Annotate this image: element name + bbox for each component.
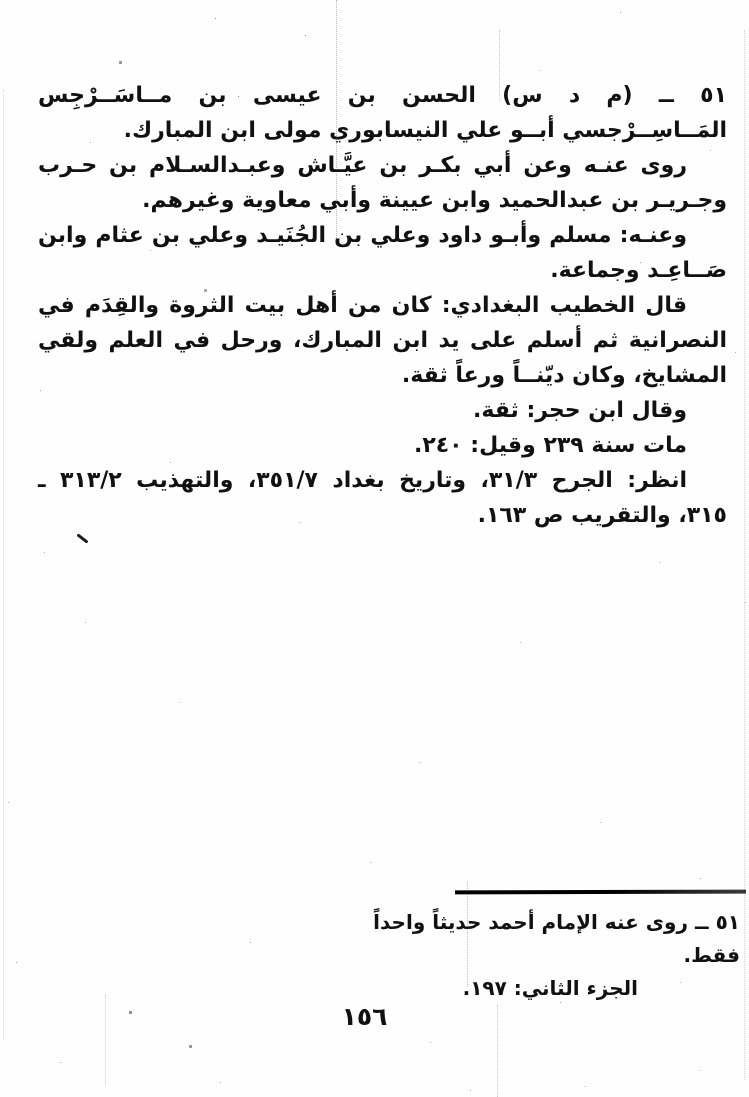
scan-artifact-line — [467, 882, 468, 987]
scan-noise-speckles — [0, 0, 1, 1]
footnote-block: ٥١ ــ روى عنه الإمام أحمد حديثاً واحداً … — [330, 906, 740, 1005]
narrated-by-paragraph: وعنـه: مسلم وأبـو داود وعلي بن الجُنَيـد… — [38, 218, 727, 288]
scanned-book-page: ٥١ ــ (م د س) الحسن بن عيسى بن مــاسَــر… — [0, 0, 749, 1097]
references-paragraph: انظر: الجرح ٣١/٣، وتاريخ بغداد ٣٥١/٧، وا… — [38, 463, 727, 533]
scan-artifact-line — [336, 0, 337, 238]
scan-artifact-line — [744, 30, 745, 1080]
scan-artifact-line — [497, 1005, 498, 1097]
scan-artifact-line — [499, 30, 500, 100]
entry-text-block: ٥١ ــ (م د س) الحسن بن عيسى بن مــاسَــر… — [38, 78, 727, 533]
footnote-text-line: ٥١ ــ روى عنه الإمام أحمد حديثاً واحداً … — [330, 906, 740, 972]
entry-heading: ٥١ ــ (م د س) الحسن بن عيسى بن مــاسَــر… — [38, 78, 727, 148]
narrated-from-paragraph: روى عنـه وعن أبي بكـر بن عيَّـاش وعبـدال… — [38, 148, 727, 218]
footnote-separator-rule — [455, 890, 746, 895]
page-number: ١٥٦ — [0, 1002, 729, 1031]
scan-artifact-line — [105, 995, 106, 1085]
ibn-hajar-quote-paragraph: وقال ابن حجر: ثقة. — [38, 393, 727, 428]
scan-artifact-line — [3, 90, 4, 1040]
khatib-baghdadi-quote-paragraph: قال الخطيب البغدادي: كان من أهل بيت الثر… — [38, 288, 727, 393]
death-date-paragraph: مات سنة ٢٣٩ وقيل: ٢٤٠. — [38, 428, 727, 463]
footnote-volume-line: الجزء الثاني: ١٩٧. — [330, 972, 638, 1005]
ink-speck-mark — [76, 533, 88, 543]
